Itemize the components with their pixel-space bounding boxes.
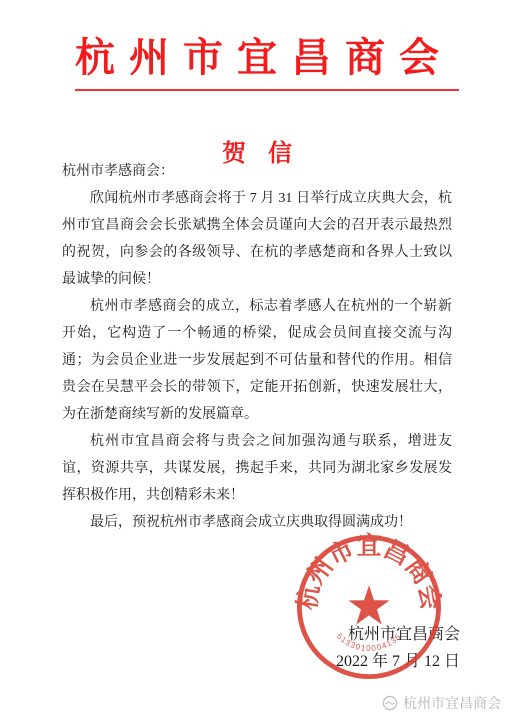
letter-body: 杭州市孝感商会： 欣闻杭州市孝感商会将于 7 月 31 日举行成立庆典大会，杭州… <box>62 158 452 536</box>
paragraph-1: 欣闻杭州市孝感商会将于 7 月 31 日举行成立庆典大会，杭州市宜昌商会会长张斌… <box>62 185 452 293</box>
signature-org: 杭州市宜昌商会 <box>336 621 460 648</box>
seal-star-icon <box>348 585 389 624</box>
letterhead-rule <box>75 89 459 91</box>
footer-brand-text: 杭州市宜昌商会 <box>403 693 501 713</box>
paragraph-2: 杭州市孝感商会的成立，标志着孝感人在杭州的一个崭新开始，它构造了一个畅通的桥梁，… <box>62 293 452 428</box>
salutation: 杭州市孝感商会： <box>62 158 452 185</box>
seal-ring-text: 杭州市宜昌商会 <box>293 532 446 612</box>
letterhead-title: 杭州市宜昌商会 <box>0 26 514 83</box>
seal-ring-text-wrap: 杭州市宜昌商会 <box>293 532 446 612</box>
paragraph-4: 最后，预祝杭州市孝感商会成立庆典取得圆满成功！ <box>62 509 452 536</box>
footer-logo-icon <box>382 695 398 711</box>
footer-brand: 杭州市宜昌商会 <box>382 693 501 713</box>
letter-page: 杭州市宜昌商会 贺信 杭州市孝感商会： 欣闻杭州市孝感商会将于 7 月 31 日… <box>0 0 514 728</box>
paragraph-3: 杭州市宜昌商会将与贵会之间加强沟通与联系，增进友谊，资源共享，共谋发展，携起手来… <box>62 428 452 509</box>
signature-date: 2022 年 7 月 12 日 <box>336 648 460 675</box>
signature-block: 杭州市宜昌商会 2022 年 7 月 12 日 <box>336 621 460 675</box>
